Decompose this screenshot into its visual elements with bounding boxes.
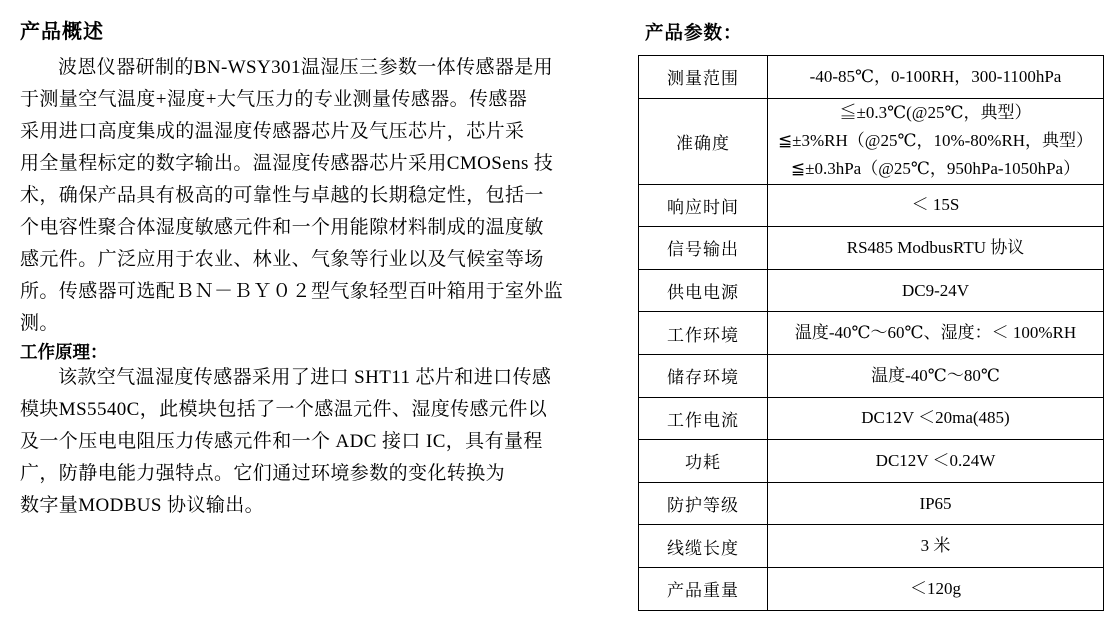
table-row: 产品重量 ＜120g (639, 567, 1104, 610)
table-row: 响应时间 ＜ 15S (639, 184, 1104, 227)
table-row: 功耗 DC12V ＜0.24W (639, 440, 1104, 483)
param-value-cell: DC12V ＜20ma(485) (768, 397, 1104, 440)
table-row: 准确度 ≦±0.3℃(@25℃，典型） ≦±3%RH（@25℃，10%-80%R… (639, 98, 1104, 184)
param-value-cell: -40-85℃，0-100RH，300-1100hPa (768, 56, 1104, 99)
table-row: 防护等级 IP65 (639, 482, 1104, 525)
table-row: 线缆长度 3 米 (639, 525, 1104, 568)
param-label-cell: 测量范围 (639, 56, 768, 99)
param-value-cell: DC9-24V (768, 269, 1104, 312)
table-row: 供电电源 DC9-24V (639, 269, 1104, 312)
table-row: 信号输出 RS485 ModbusRTU 协议 (639, 227, 1104, 270)
parameters-heading: 产品参数： (645, 19, 743, 45)
param-label-cell: 工作电流 (639, 397, 768, 440)
overview-paragraph: 波恩仪器研制的BN-WSY301温湿压三参数一体传感器是用 于测量空气温度+湿度… (20, 52, 572, 340)
param-value-cell: RS485 ModbusRTU 协议 (768, 227, 1104, 270)
parameters-table: 测量范围 -40-85℃，0-100RH，300-1100hPa 准确度 ≦±0… (638, 55, 1104, 611)
principle-paragraph: 该款空气温湿度传感器采用了进口 SHT11 芯片和进口传感 模块MS5540C，… (20, 362, 572, 522)
param-label-cell: 功耗 (639, 440, 768, 483)
param-value-cell: IP65 (768, 482, 1104, 525)
table-row: 工作环境 温度-40℃～60℃、湿度：＜ 100%RH (639, 312, 1104, 355)
param-label-cell: 供电电源 (639, 269, 768, 312)
document-page: { "overview": { "heading": "产品概述", "line… (0, 0, 1120, 631)
param-label-cell: 线缆长度 (639, 525, 768, 568)
param-value-cell: 温度-40℃～80℃ (768, 354, 1104, 397)
principle-heading: 工作原理： (20, 339, 108, 364)
table-row: 测量范围 -40-85℃，0-100RH，300-1100hPa (639, 56, 1104, 99)
param-value-cell: ≦±0.3℃(@25℃，典型） ≦±3%RH（@25℃，10%-80%RH，典型… (768, 98, 1104, 184)
param-label-cell: 防护等级 (639, 482, 768, 525)
param-value-cell: 3 米 (768, 525, 1104, 568)
param-label-cell: 信号输出 (639, 227, 768, 270)
table-row: 工作电流 DC12V ＜20ma(485) (639, 397, 1104, 440)
param-label-cell: 储存环境 (639, 354, 768, 397)
table-row: 储存环境 温度-40℃～80℃ (639, 354, 1104, 397)
param-label-cell: 产品重量 (639, 567, 768, 610)
param-value-cell: ＜ 15S (768, 184, 1104, 227)
param-value-cell: 温度-40℃～60℃、湿度：＜ 100%RH (768, 312, 1104, 355)
param-label-cell: 准确度 (639, 98, 768, 184)
overview-heading: 产品概述 (20, 15, 104, 44)
param-label-cell: 响应时间 (639, 184, 768, 227)
param-value-cell: ＜120g (768, 567, 1104, 610)
parameters-table-body: 测量范围 -40-85℃，0-100RH，300-1100hPa 准确度 ≦±0… (639, 56, 1104, 611)
param-value-cell: DC12V ＜0.24W (768, 440, 1104, 483)
param-label-cell: 工作环境 (639, 312, 768, 355)
